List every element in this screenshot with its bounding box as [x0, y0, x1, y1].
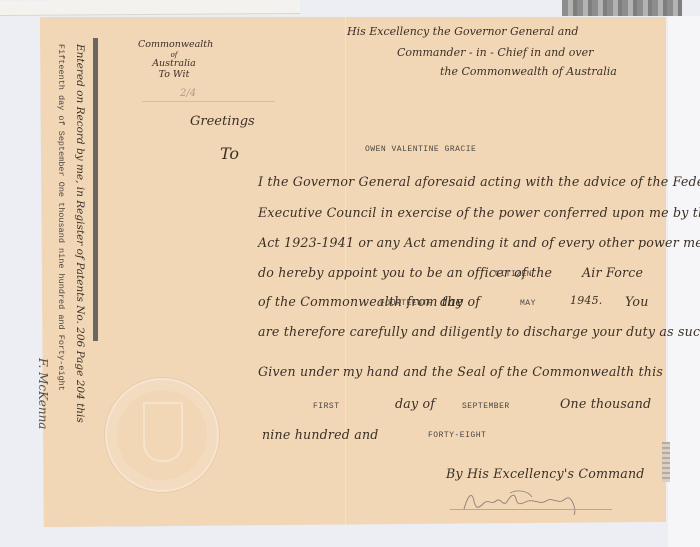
- signature-line: [450, 509, 612, 510]
- to-label: To: [220, 144, 239, 163]
- given-day: FIRST: [313, 402, 340, 411]
- left-heading-line: To Wit: [138, 70, 210, 81]
- background-paper-sheet: [0, 0, 300, 16]
- commission-year: 1945.: [570, 294, 603, 307]
- appoint-suffix: Air Force: [582, 265, 643, 280]
- embossed-seal-icon: [105, 378, 219, 492]
- date-suffix: You: [625, 294, 649, 309]
- year-prefix: nine hundred and: [262, 427, 379, 442]
- background-right-sheet: [668, 16, 700, 547]
- commission-month: MAY: [520, 299, 536, 308]
- body-line-3: Act 1923-1941 or any Act amending it and…: [258, 235, 700, 250]
- background-photo-strip: [562, 0, 682, 16]
- header-line-3: the Commonwealth of Australia: [440, 65, 617, 78]
- margin-rule-bar: [93, 38, 98, 341]
- reference-mark: 2/4: [180, 88, 196, 99]
- paper-wear-mark: [662, 442, 670, 482]
- margin-entry-line-1: Entered on Record by me, in Register of …: [74, 44, 86, 423]
- header-line-1: His Excellency the Governor General and: [347, 25, 578, 38]
- duty-line: are therefore carefully and diligently t…: [258, 324, 700, 339]
- given-month: SEPTEMBER: [462, 402, 510, 411]
- margin-signature: F. McKenna: [36, 358, 50, 429]
- greetings: Greetings: [190, 114, 255, 129]
- margin-entry-line-2: Fifteenth day of September One thousand …: [56, 44, 66, 391]
- left-heading-line: Commonwealth: [138, 40, 210, 51]
- body-line-1: I the Governor General aforesaid acting …: [258, 174, 700, 189]
- body-line-2: Executive Council in exercise of the pow…: [258, 205, 700, 220]
- given-day-of: day of: [395, 396, 435, 411]
- recipient-name: OWEN VALENTINE GRACIE: [365, 145, 476, 154]
- left-heading: Commonwealth of Australia To Wit: [138, 40, 210, 81]
- given-suffix: One thousand: [560, 396, 651, 411]
- governor-signature: [462, 487, 612, 515]
- command-line: By His Excellency's Command: [446, 466, 645, 481]
- force-type: CITIZEN: [495, 270, 532, 279]
- reference-line: [142, 101, 275, 102]
- date-day-of: day of: [440, 294, 480, 309]
- commission-day: FOURTEENTH: [380, 299, 433, 308]
- given-year: FORTY-EIGHT: [428, 431, 486, 440]
- header-line-2: Commander - in - Chief in and over: [397, 46, 593, 59]
- given-line: Given under my hand and the Seal of the …: [258, 364, 663, 379]
